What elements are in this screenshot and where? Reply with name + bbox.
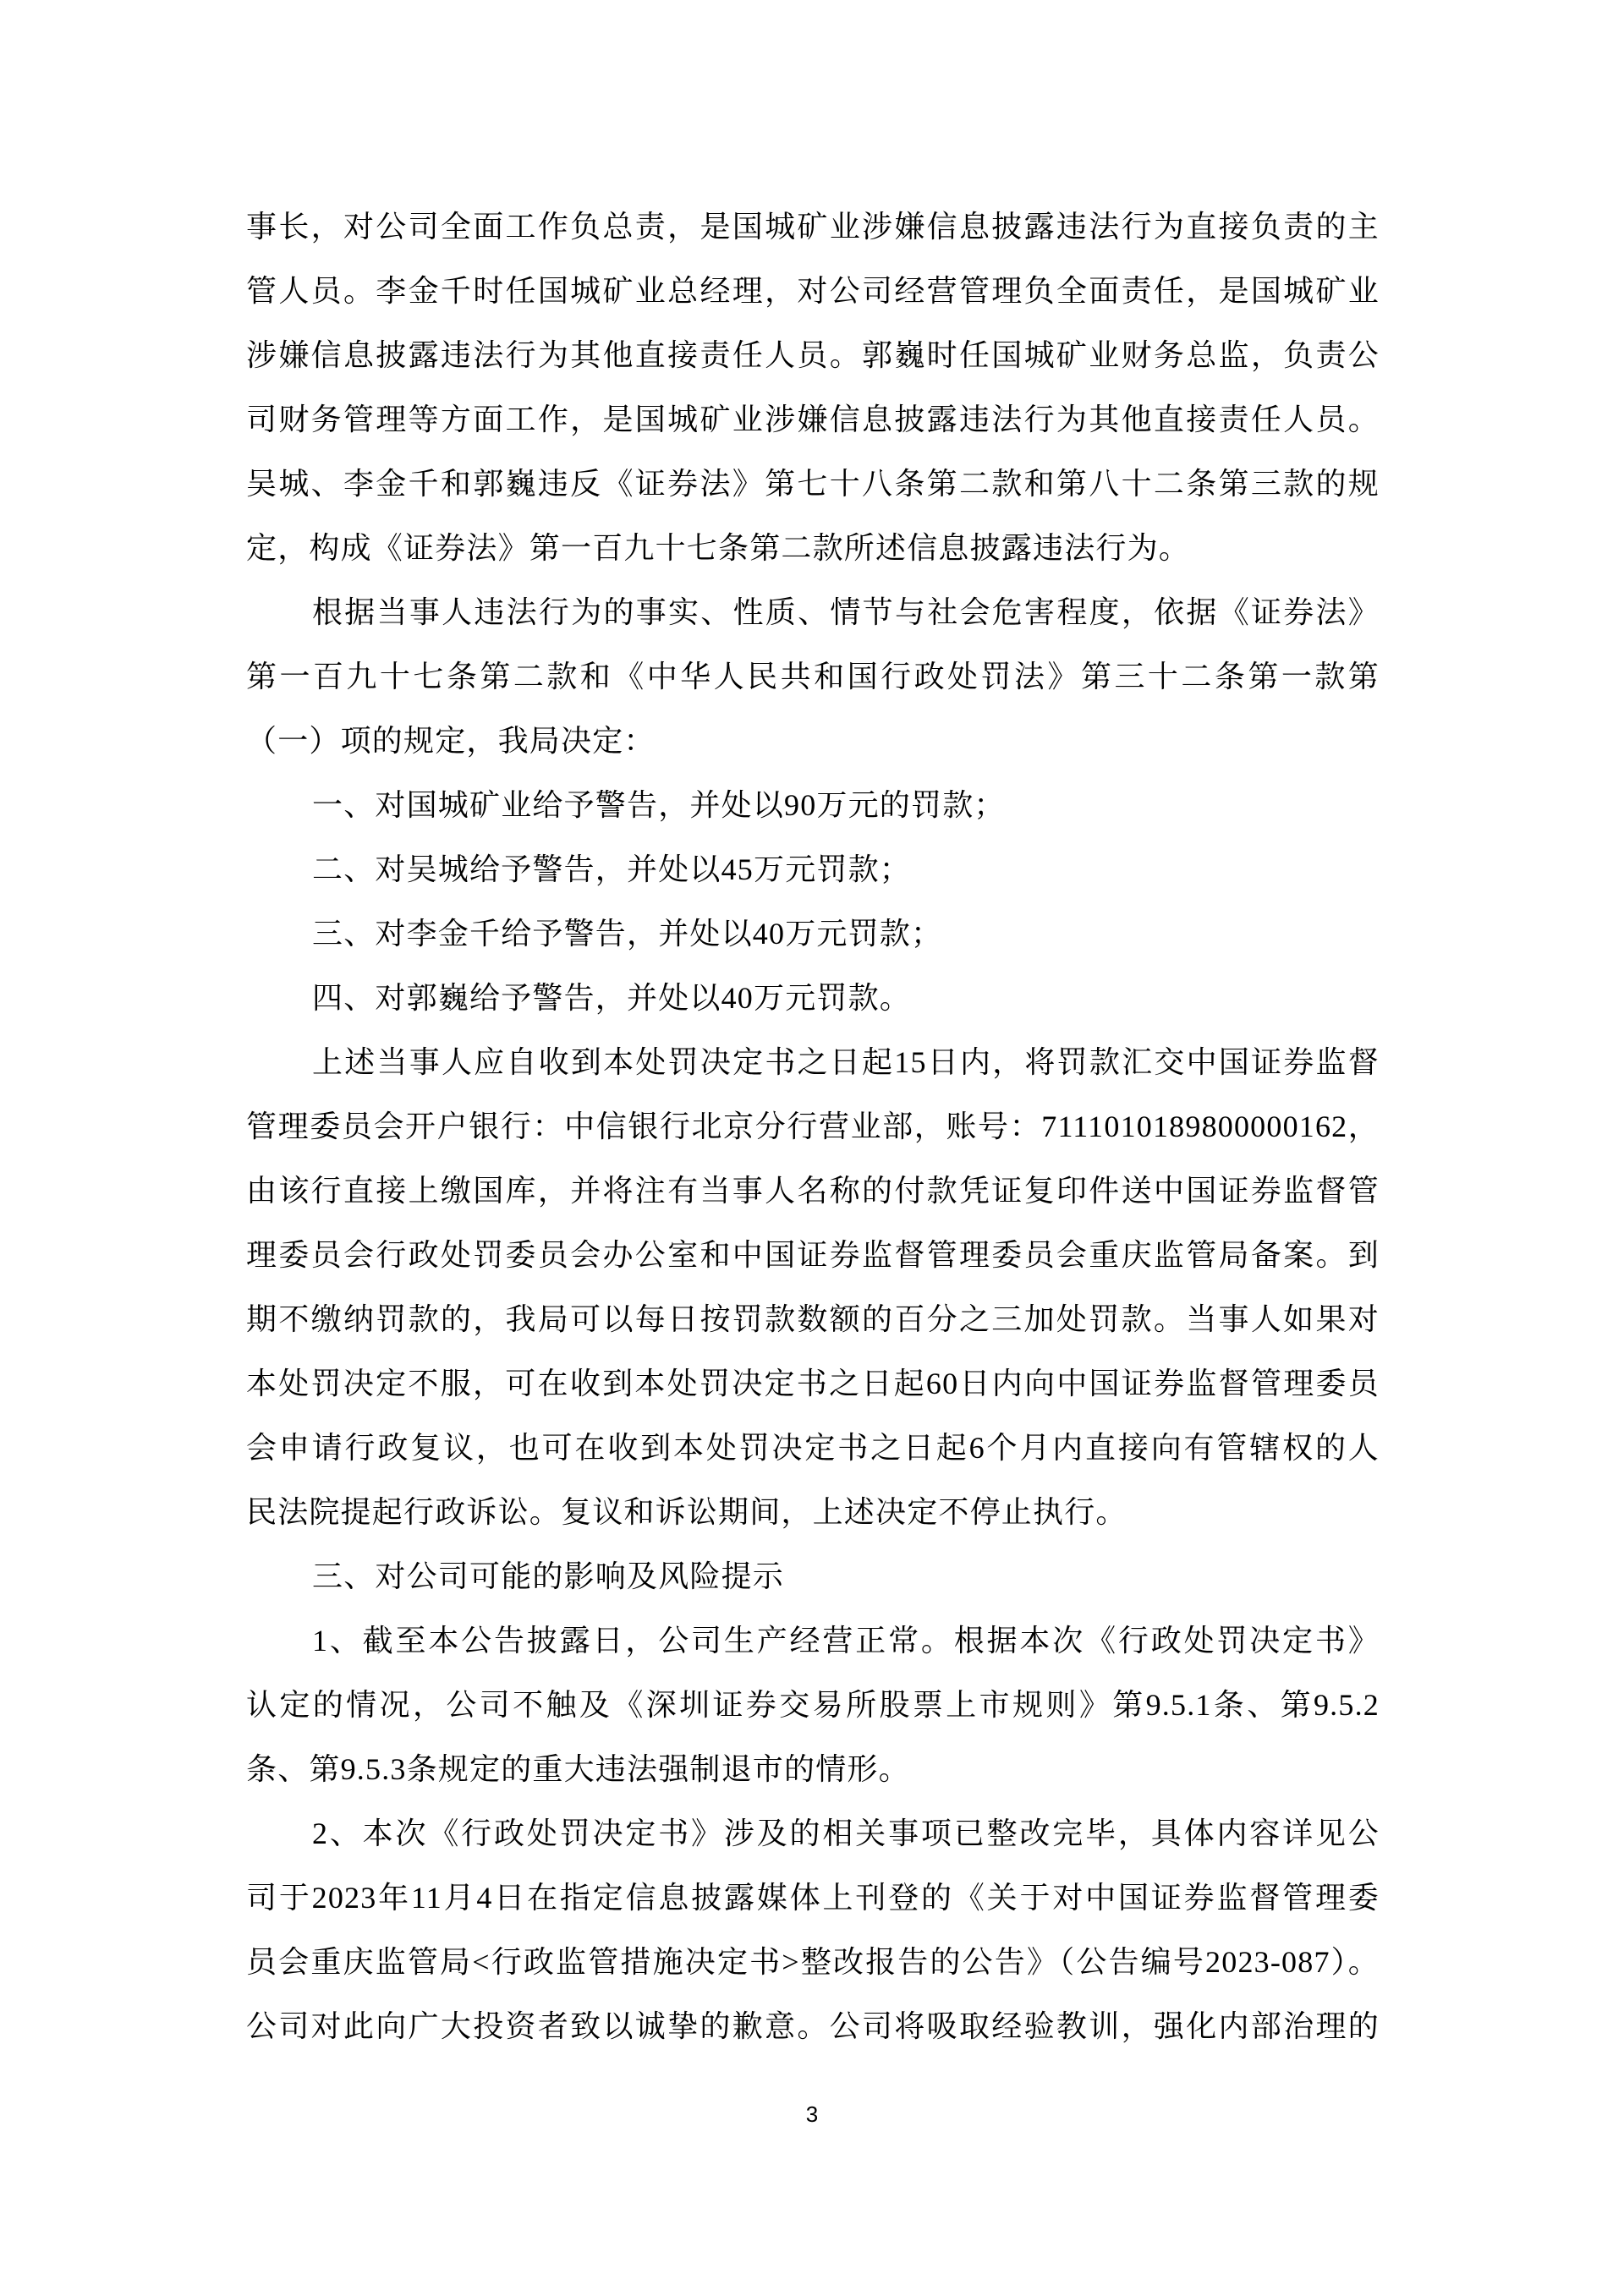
text-line: 会申请行政复议，也可在收到本处罚决定书之日起6个月内直接向有管辖权的人 xyxy=(246,1424,1380,1488)
text-line: 认定的情况，公司不触及《深圳证券交易所股票上市规则》第9.5.1条、第9.5.2 xyxy=(246,1681,1380,1745)
paragraph-section-3-heading: 三、对公司可能的影响及风险提示 xyxy=(246,1553,1380,1617)
text-line: 管理委员会开户银行：中信银行北京分行营业部，账号：711101018980000… xyxy=(246,1103,1380,1167)
text-line: 吴城、李金千和郭巍违反《证券法》第七十八条第二款和第八十二条第三款的规 xyxy=(246,460,1380,524)
paragraph-penalty-3: 三、对李金千给予警告，并处以40万元罚款； xyxy=(246,910,1380,974)
text-line: 一、对国城矿业给予警告，并处以90万元的罚款； xyxy=(246,781,1380,846)
text-line: 四、对郭巍给予警告，并处以40万元罚款。 xyxy=(246,974,1380,1038)
text-line: 司于2023年11月4日在指定信息披露媒体上刊登的《关于对中国证券监督管理委 xyxy=(246,1874,1380,1938)
text-line: 三、对公司可能的影响及风险提示 xyxy=(246,1553,1380,1617)
text-line: 员会重庆监管局<行政监管措施决定书>整改报告的公告》（公告编号2023-087）… xyxy=(246,1938,1380,2003)
document-body: 事长，对公司全面工作负总责，是国城矿业涉嫌信息披露违法行为直接负责的主管人员。李… xyxy=(246,203,1380,2067)
text-line: 本处罚决定不服，可在收到本处罚决定书之日起60日内向中国证券监督管理委员 xyxy=(246,1360,1380,1424)
paragraph-decision-basis: 根据当事人违法行为的事实、性质、情节与社会危害程度，依据《证券法》第一百九十七条… xyxy=(246,589,1380,781)
page-number: 3 xyxy=(0,2101,1624,2127)
paragraph-responsible-persons: 事长，对公司全面工作负总责，是国城矿业涉嫌信息披露违法行为直接负责的主管人员。李… xyxy=(246,203,1380,589)
text-line: 三、对李金千给予警告，并处以40万元罚款； xyxy=(246,910,1380,974)
text-line: 上述当事人应自收到本处罚决定书之日起15日内，将罚款汇交中国证券监督 xyxy=(246,1038,1380,1103)
text-line: 1、截至本公告披露日，公司生产经营正常。根据本次《行政处罚决定书》 xyxy=(246,1617,1380,1681)
paragraph-payment-instructions: 上述当事人应自收到本处罚决定书之日起15日内，将罚款汇交中国证券监督管理委员会开… xyxy=(246,1038,1380,1553)
text-line: 司财务管理等方面工作，是国城矿业涉嫌信息披露违法行为其他直接责任人员。 xyxy=(246,396,1380,460)
text-line: 涉嫌信息披露违法行为其他直接责任人员。郭巍时任国城矿业财务总监，负责公 xyxy=(246,332,1380,396)
paragraph-penalty-1: 一、对国城矿业给予警告，并处以90万元的罚款； xyxy=(246,781,1380,846)
text-line: 2、本次《行政处罚决定书》涉及的相关事项已整改完毕，具体内容详见公 xyxy=(246,1810,1380,1874)
document-page: 事长，对公司全面工作负总责，是国城矿业涉嫌信息披露违法行为直接负责的主管人员。李… xyxy=(0,0,1624,2296)
paragraph-impact-2: 2、本次《行政处罚决定书》涉及的相关事项已整改完毕，具体内容详见公司于2023年… xyxy=(246,1810,1380,2067)
text-line: 事长，对公司全面工作负总责，是国城矿业涉嫌信息披露违法行为直接负责的主 xyxy=(246,203,1380,267)
text-line: 管人员。李金千时任国城矿业总经理，对公司经营管理负全面责任，是国城矿业 xyxy=(246,267,1380,332)
paragraph-penalty-4: 四、对郭巍给予警告，并处以40万元罚款。 xyxy=(246,974,1380,1038)
text-line: 由该行直接上缴国库，并将注有当事人名称的付款凭证复印件送中国证券监督管 xyxy=(246,1167,1380,1231)
paragraph-penalty-2: 二、对吴城给予警告，并处以45万元罚款； xyxy=(246,846,1380,910)
text-line: （一）项的规定，我局决定： xyxy=(246,717,1380,781)
paragraph-impact-1: 1、截至本公告披露日，公司生产经营正常。根据本次《行政处罚决定书》认定的情况，公… xyxy=(246,1617,1380,1810)
text-line: 根据当事人违法行为的事实、性质、情节与社会危害程度，依据《证券法》 xyxy=(246,589,1380,653)
text-line: 民法院提起行政诉讼。复议和诉讼期间，上述决定不停止执行。 xyxy=(246,1488,1380,1553)
text-line: 第一百九十七条第二款和《中华人民共和国行政处罚法》第三十二条第一款第 xyxy=(246,653,1380,717)
text-line: 定，构成《证券法》第一百九十七条第二款所述信息披露违法行为。 xyxy=(246,524,1380,589)
text-line: 期不缴纳罚款的，我局可以每日按罚款数额的百分之三加处罚款。当事人如果对 xyxy=(246,1296,1380,1360)
text-line: 二、对吴城给予警告，并处以45万元罚款； xyxy=(246,846,1380,910)
text-line: 理委员会行政处罚委员会办公室和中国证券监督管理委员会重庆监管局备案。到 xyxy=(246,1231,1380,1296)
text-line: 公司对此向广大投资者致以诚挚的歉意。公司将吸取经验教训，强化内部治理的 xyxy=(246,2003,1380,2067)
text-line: 条、第9.5.3条规定的重大违法强制退市的情形。 xyxy=(246,1745,1380,1810)
